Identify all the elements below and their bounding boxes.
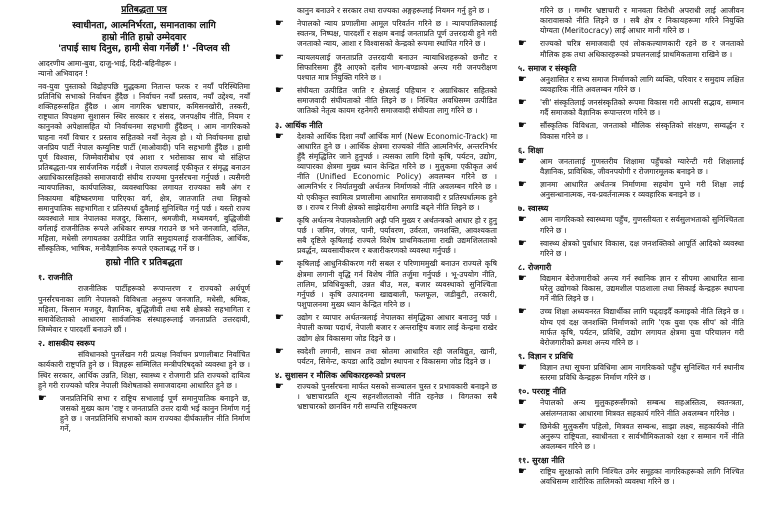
bullet-item: ☛ छिमेकी मुलुकसँग पहिलो, मित्रवत सम्बन्ध…	[518, 422, 744, 452]
pointing-hand-icon: ☛	[518, 363, 527, 373]
column-3: गरिने छ । गम्भीर भ्रष्टाचारी र मानवता वि…	[518, 6, 744, 490]
bullet-item: ☛ आम नागरिकको स्वास्थ्यमा पहुँच, गुणस्ती…	[518, 215, 744, 235]
pointing-hand-icon: ☛	[518, 274, 527, 284]
bullet-text: अनुशासित र सभ्य समाज निर्माणको लागि व्यक…	[540, 75, 744, 94]
document-slogan: 'तपाई साथ दिनुस, हामी सेवा गर्नेछौं !' -…	[38, 43, 250, 55]
section-heading-science-technology: ९. विज्ञान र प्रविधि	[518, 351, 744, 362]
pointing-hand-icon: ☛	[518, 98, 527, 108]
pointing-hand-icon: ☛	[518, 307, 527, 317]
bullet-item: ☛ 'सी' संस्कृतिलाई जनसंस्कृतिको रूपमा वि…	[518, 98, 744, 118]
section-heading-politics: १. राजनीति	[38, 272, 250, 283]
pointing-hand-icon: ☛	[518, 157, 527, 167]
bullet-text: कृषिलाई आधुनिकीकरण गरी सबल र परिणाममुखी …	[297, 259, 497, 309]
greeting: आदरणीय आमा-बुवा, दाजु-भाई, दिदी-बहिनीहरू…	[38, 59, 250, 79]
bullet-text: संघीयता उत्पीडित जाति र क्षेत्रलाई पहिचा…	[297, 86, 497, 115]
pointing-hand-icon: ☛	[518, 180, 527, 190]
bullet-item: ☛ न्यायलयलाई जनताप्रति उत्तरदायी बनाउन न…	[275, 53, 497, 83]
bullet-text: आम नागरिकको स्वास्थ्यमा पहुँच, गुणस्तीयत…	[540, 215, 744, 234]
bullet-text: 'सी' संस्कृतिलाई जनसंस्कृतिको रूपमा विका…	[540, 98, 744, 117]
bullet-item: ☛ विज्ञान तथा सूचना प्रविधिमा आम नागरिकक…	[518, 363, 744, 383]
document-subtitle-1: स्वाधीनता, आत्मनिर्भरता, समानताका लागि	[38, 20, 250, 32]
bullet-item: ☛ ज्ञानमा आधारित अर्थतन्त्र निर्माणमा सह…	[518, 180, 744, 200]
section-heading-economic-policy: ३. आर्थिक नीति	[275, 120, 497, 131]
bullet-item: ☛ राष्ट्रिय सुरक्षाको लागि निश्चित उमेर …	[518, 467, 744, 487]
bullet-item: ☛ स्वदेशी लगानी, साधन तथा स्रोतमा आधारित…	[275, 347, 497, 367]
pointing-hand-icon: ☛	[518, 467, 527, 477]
pointing-hand-icon: ☛	[518, 398, 527, 408]
bullet-text: उच्च शिक्षा अध्ययनरत विद्यार्थीका लागि प…	[540, 307, 744, 346]
bullet-item: ☛ नेपालको अन्य मुलुकहरूसँगको सम्बन्ध सहअ…	[518, 398, 744, 418]
document-title: प्रतिबद्धता पत्र	[38, 4, 250, 17]
section-heading-governance-form: २. शासकीय स्वरूप	[38, 338, 250, 349]
bullet-item: ☛ विद्यमान बेरोजगारीको अन्त्य गर्न स्थान…	[518, 274, 744, 304]
bullet-item: ☛ उच्च शिक्षा अध्ययनरत विद्यार्थीका लागि…	[518, 307, 744, 348]
bullet-item: ☛ स्वास्थ्य क्षेत्रको पुर्वाधार विकास, द…	[518, 239, 744, 259]
intro-paragraph: नव-युवा पुस्ताको विद्रोहपछि मुद्धकमा नित…	[38, 82, 250, 255]
bullet-text: कानुन बनाउने र सरकार तथा राज्यका अङ्गहरू…	[297, 6, 489, 15]
section-heading-health: ७. स्वास्थ्य	[518, 203, 744, 214]
bullet-text: नेपालको न्याय प्रणालीमा आमूल परिवर्तन गर…	[297, 19, 497, 48]
pointing-hand-icon: ☛	[275, 313, 284, 323]
commitment-letter-page: प्रतिबद्धता पत्र स्वाधीनता, आत्मनिर्भरता…	[0, 0, 768, 514]
column-1: प्रतिबद्धता पत्र स्वाधीनता, आत्मनिर्भरता…	[38, 4, 250, 435]
section-heading-society-culture: ५. समाज र संस्कृति	[518, 63, 744, 74]
bullet-text: सौंस्कृतिक विविधता, जनताको मौलिक संस्कृत…	[540, 121, 744, 140]
pointing-hand-icon: ☛	[275, 382, 284, 392]
bullet-item: ☛ उद्योग र व्यापार अर्थतन्त्रलाई नेपालका…	[275, 313, 497, 343]
bullet-item: ☛ संघीयता उत्पीडित जाति र क्षेत्रलाई पहि…	[275, 86, 497, 116]
pointing-hand-icon: ☛	[275, 347, 284, 357]
bullet-text: आम जनतालाई गुणस्तरीय शिक्षामा पहुँचको ग्…	[540, 157, 744, 176]
bullet-item: ☛ राज्यको चरित्र समाजवादी एवं लोककल्याणक…	[518, 39, 744, 59]
policy-heading: हाम्रो नीति र प्रतिबद्धता	[38, 257, 250, 269]
pointing-hand-icon: ☛	[518, 239, 527, 249]
bullet-text: राज्यको पुनर्संरचना मार्फत यसको सञ्चालन …	[297, 382, 497, 411]
section-heading-security-policy: ११. सुरक्षा नीति	[518, 455, 744, 466]
greeting-line-1: आदरणीय आमा-बुवा, दाजु-भाई, दिदी-बहिनीहरू…	[38, 59, 250, 69]
section-paragraph-governance-form: संविधानको पुनर्लेखन गरी प्रत्यक्ष निर्वा…	[38, 350, 250, 391]
pointing-hand-icon: ☛	[518, 75, 527, 85]
bullet-text: विज्ञान तथा सूचना प्रविधिमा आम नागरिकको …	[540, 363, 744, 382]
bullet-item: ☛ अनुशासित र सभ्य समाज निर्माणको लागि व्…	[518, 75, 744, 95]
bullet-item: ☛ देशको आर्थिक दिशा नयाँ आर्थिक मार्ग (N…	[275, 132, 497, 213]
bullet-item: ☛ नेपालको न्याय प्रणालीमा आमूल परिवर्तन …	[275, 19, 497, 49]
bullet-text: कृषि अर्थतन्त्र नेपालकोलागि अझै पनि मुख्…	[297, 216, 497, 255]
bullet-text: उद्योग र व्यापार अर्थतन्त्रलाई नेपालका स…	[297, 313, 497, 342]
bullet-item-continued: गरिने छ । गम्भीर भ्रष्टाचारी र मानवता वि…	[518, 6, 744, 36]
bullet-text: विद्यमान बेरोजगारीको अन्त्य गर्न स्थानिक…	[540, 274, 744, 303]
pointing-hand-icon: ☛	[38, 394, 47, 404]
bullet-text: राष्ट्रिय सुरक्षाको लागि निश्चित उमेर सम…	[540, 467, 744, 486]
document-subtitle-2: हाम्रो नीति हाम्रो उम्मेदवार	[38, 32, 250, 44]
bullet-item: ☛ कृषिलाई आधुनिकीकरण गरी सबल र परिणाममुख…	[275, 259, 497, 310]
bullet-text: न्यायलयलाई जनताप्रति उत्तरदायी बनाउन न्य…	[297, 53, 497, 82]
pointing-hand-icon: ☛	[275, 19, 284, 29]
bullet-text: नेपालको अन्य मुलुकहरूसँगको सम्बन्ध सहअस्…	[540, 398, 744, 417]
pointing-hand-icon: ☛	[518, 121, 527, 131]
bullet-text: स्वास्थ्य क्षेत्रको पुर्वाधार विकास, दक्…	[540, 239, 744, 258]
section-heading-education: ६. शिक्षा	[518, 145, 744, 156]
bullet-text: छिमेकी मुलुकसँग पहिलो, मित्रवत सम्बन्ध, …	[540, 422, 744, 451]
pointing-hand-icon: ☛	[275, 132, 284, 142]
column-2: कानुन बनाउने र सरकार तथा राज्यका अङ्गहरू…	[275, 6, 497, 412]
greeting-line-2: न्यानो अभिवादन !	[38, 69, 250, 79]
pointing-hand-icon: ☛	[518, 422, 527, 432]
bullet-text: स्वदेशी लगानी, साधन तथा स्रोतमा आधारित र…	[297, 347, 497, 366]
bullet-text: जनप्रतिनिधि सभा र राष्ट्रिय सभालाई पूर्ण…	[60, 394, 250, 433]
bullet-item: ☛ सौंस्कृतिक विविधता, जनताको मौलिक संस्क…	[518, 121, 744, 141]
bullet-text: देशको आर्थिक दिशा नयाँ आर्थिक मार्ग (New…	[297, 132, 497, 212]
pointing-hand-icon: ☛	[275, 53, 284, 63]
bullet-text: ज्ञानमा आधारित अर्थतन्त्र निर्माणमा सहयो…	[540, 180, 744, 199]
bullet-item: ☛ आम जनतालाई गुणस्तरीय शिक्षामा पहुँचको …	[518, 157, 744, 177]
section-heading-employment: ८. रोजगारी	[518, 262, 744, 273]
bullet-text: गरिने छ । गम्भीर भ्रष्टाचारी र मानवता वि…	[540, 6, 744, 35]
bullet-item: ☛ कृषि अर्थतन्त्र नेपालकोलागि अझै पनि मु…	[275, 216, 497, 257]
pointing-hand-icon: ☛	[275, 259, 284, 269]
bullet-item: ☛ राज्यको पुनर्संरचना मार्फत यसको सञ्चाल…	[275, 382, 497, 412]
bullet-text: राज्यको चरित्र समाजवादी एवं लोककल्याणकार…	[540, 39, 744, 58]
section-heading-good-governance: ४. सुशासन र मौलिक अधिकारहरूको प्रचलन	[275, 370, 497, 381]
pointing-hand-icon: ☛	[275, 86, 284, 96]
bullet-item-continued: कानुन बनाउने र सरकार तथा राज्यका अङ्गहरू…	[275, 6, 497, 16]
pointing-hand-icon: ☛	[275, 216, 284, 226]
bullet-item: ☛ जनप्रतिनिधि सभा र राष्ट्रिय सभालाई पूर…	[38, 394, 250, 435]
section-heading-foreign-policy: १०. परराष्ट्र नीति	[518, 386, 744, 397]
pointing-hand-icon: ☛	[518, 39, 527, 49]
section-paragraph-politics: राजनीतिक पार्टीहरूको रूपान्तरण र राज्यको…	[38, 284, 250, 335]
pointing-hand-icon: ☛	[518, 215, 527, 225]
